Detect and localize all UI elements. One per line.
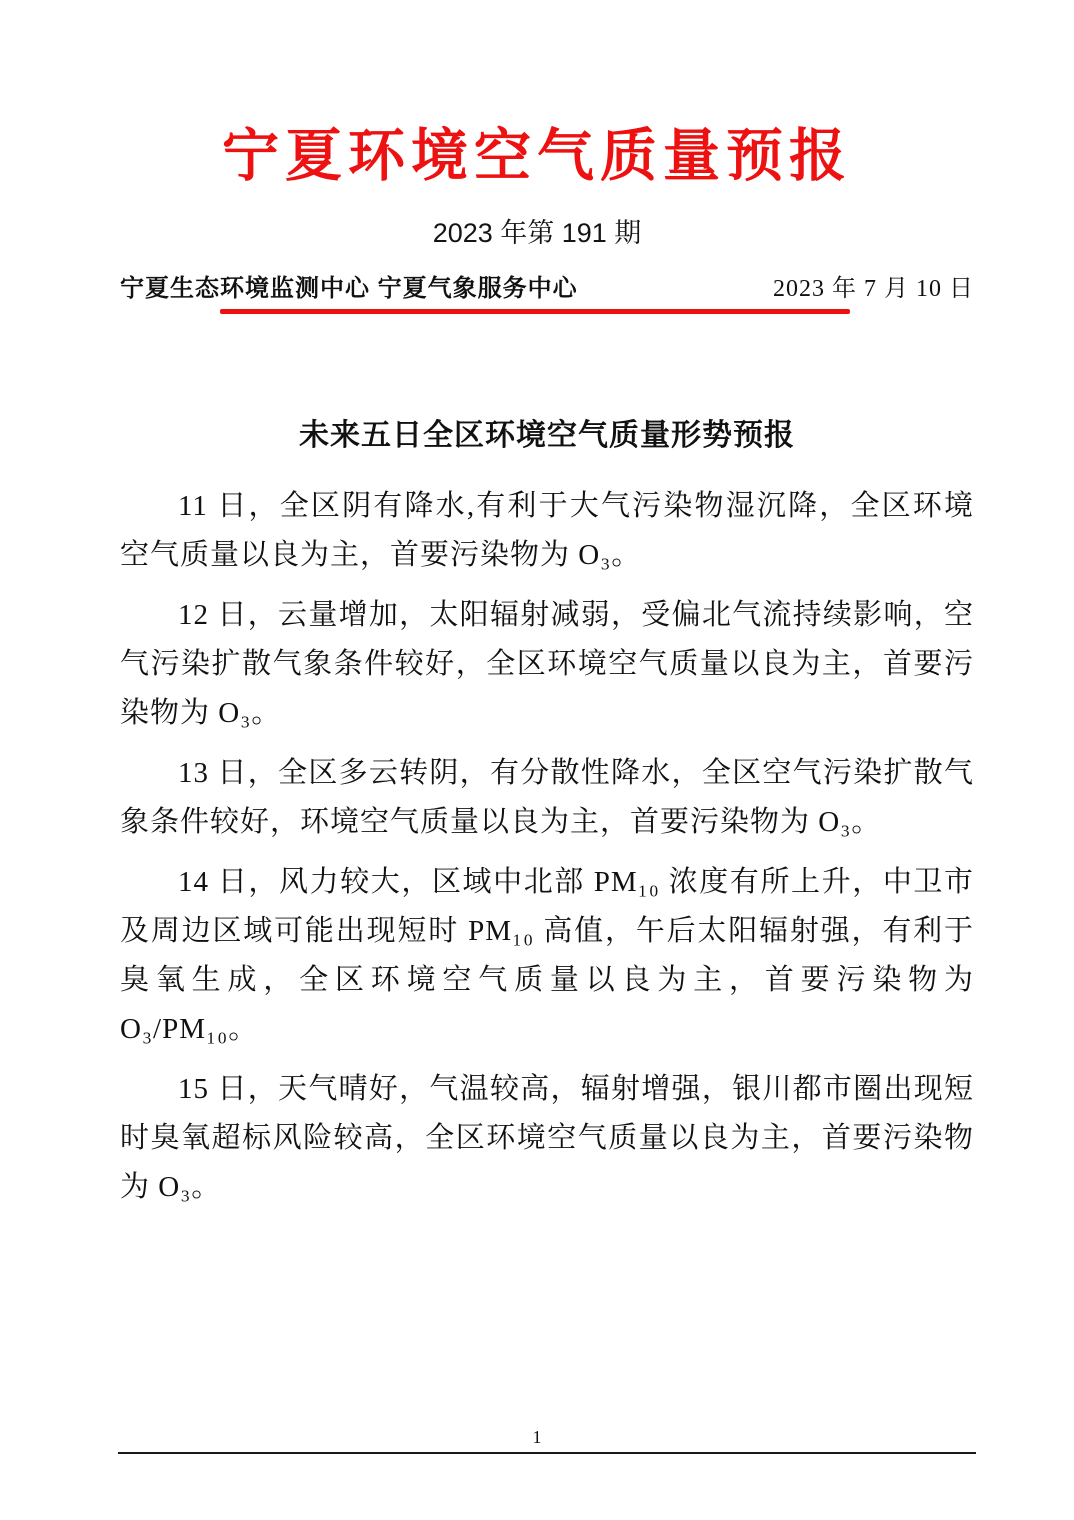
letterhead-red-rule	[220, 309, 850, 314]
forecast-body: 11 日，全区阴有降水,有利于大气污染物湿沉降，全区环境空气质量以良为主，首要污…	[120, 482, 974, 1212]
forecast-paragraph-day-15: 15 日，天气晴好，气温较高，辐射增强，银川都市圈出现短时臭氧超标风险较高，全区…	[120, 1065, 974, 1212]
page-number: 1	[0, 1424, 1074, 1450]
footer-rule	[118, 1452, 976, 1454]
forecast-paragraph-day-11: 11 日，全区阴有降水,有利于大气污染物湿沉降，全区环境空气质量以良为主，首要污…	[120, 482, 974, 580]
forecast-paragraph-day-13: 13 日，全区多云转阴，有分散性降水，全区空气污染扩散气象条件较好，环境空气质量…	[120, 749, 974, 847]
forecast-paragraph-day-12: 12 日，云量增加，太阳辐射减弱，受偏北气流持续影响，空气污染扩散气象条件较好，…	[120, 591, 974, 738]
letterhead-row: 宁夏生态环境监测中心 宁夏气象服务中心 2023 年 7 月 10 日	[120, 274, 974, 304]
forecast-paragraph-day-14: 14 日，风力较大，区域中北部 PM₁₀ 浓度有所上升，中卫市及周边区域可能出现…	[120, 858, 974, 1054]
section-heading: 未来五日全区环境空气质量形势预报	[120, 418, 974, 454]
issue-number: 2023 年第 191 期	[0, 216, 1074, 250]
issuing-organizations: 宁夏生态环境监测中心 宁夏气象服务中心	[120, 274, 578, 304]
issue-date: 2023 年 7 月 10 日	[773, 274, 974, 304]
letterhead: 宁夏生态环境监测中心 宁夏气象服务中心 2023 年 7 月 10 日	[120, 274, 974, 314]
document-page: 宁夏环境空气质量预报 2023 年第 191 期 宁夏生态环境监测中心 宁夏气象…	[0, 0, 1074, 1520]
document-title: 宁夏环境空气质量预报	[0, 0, 1074, 194]
